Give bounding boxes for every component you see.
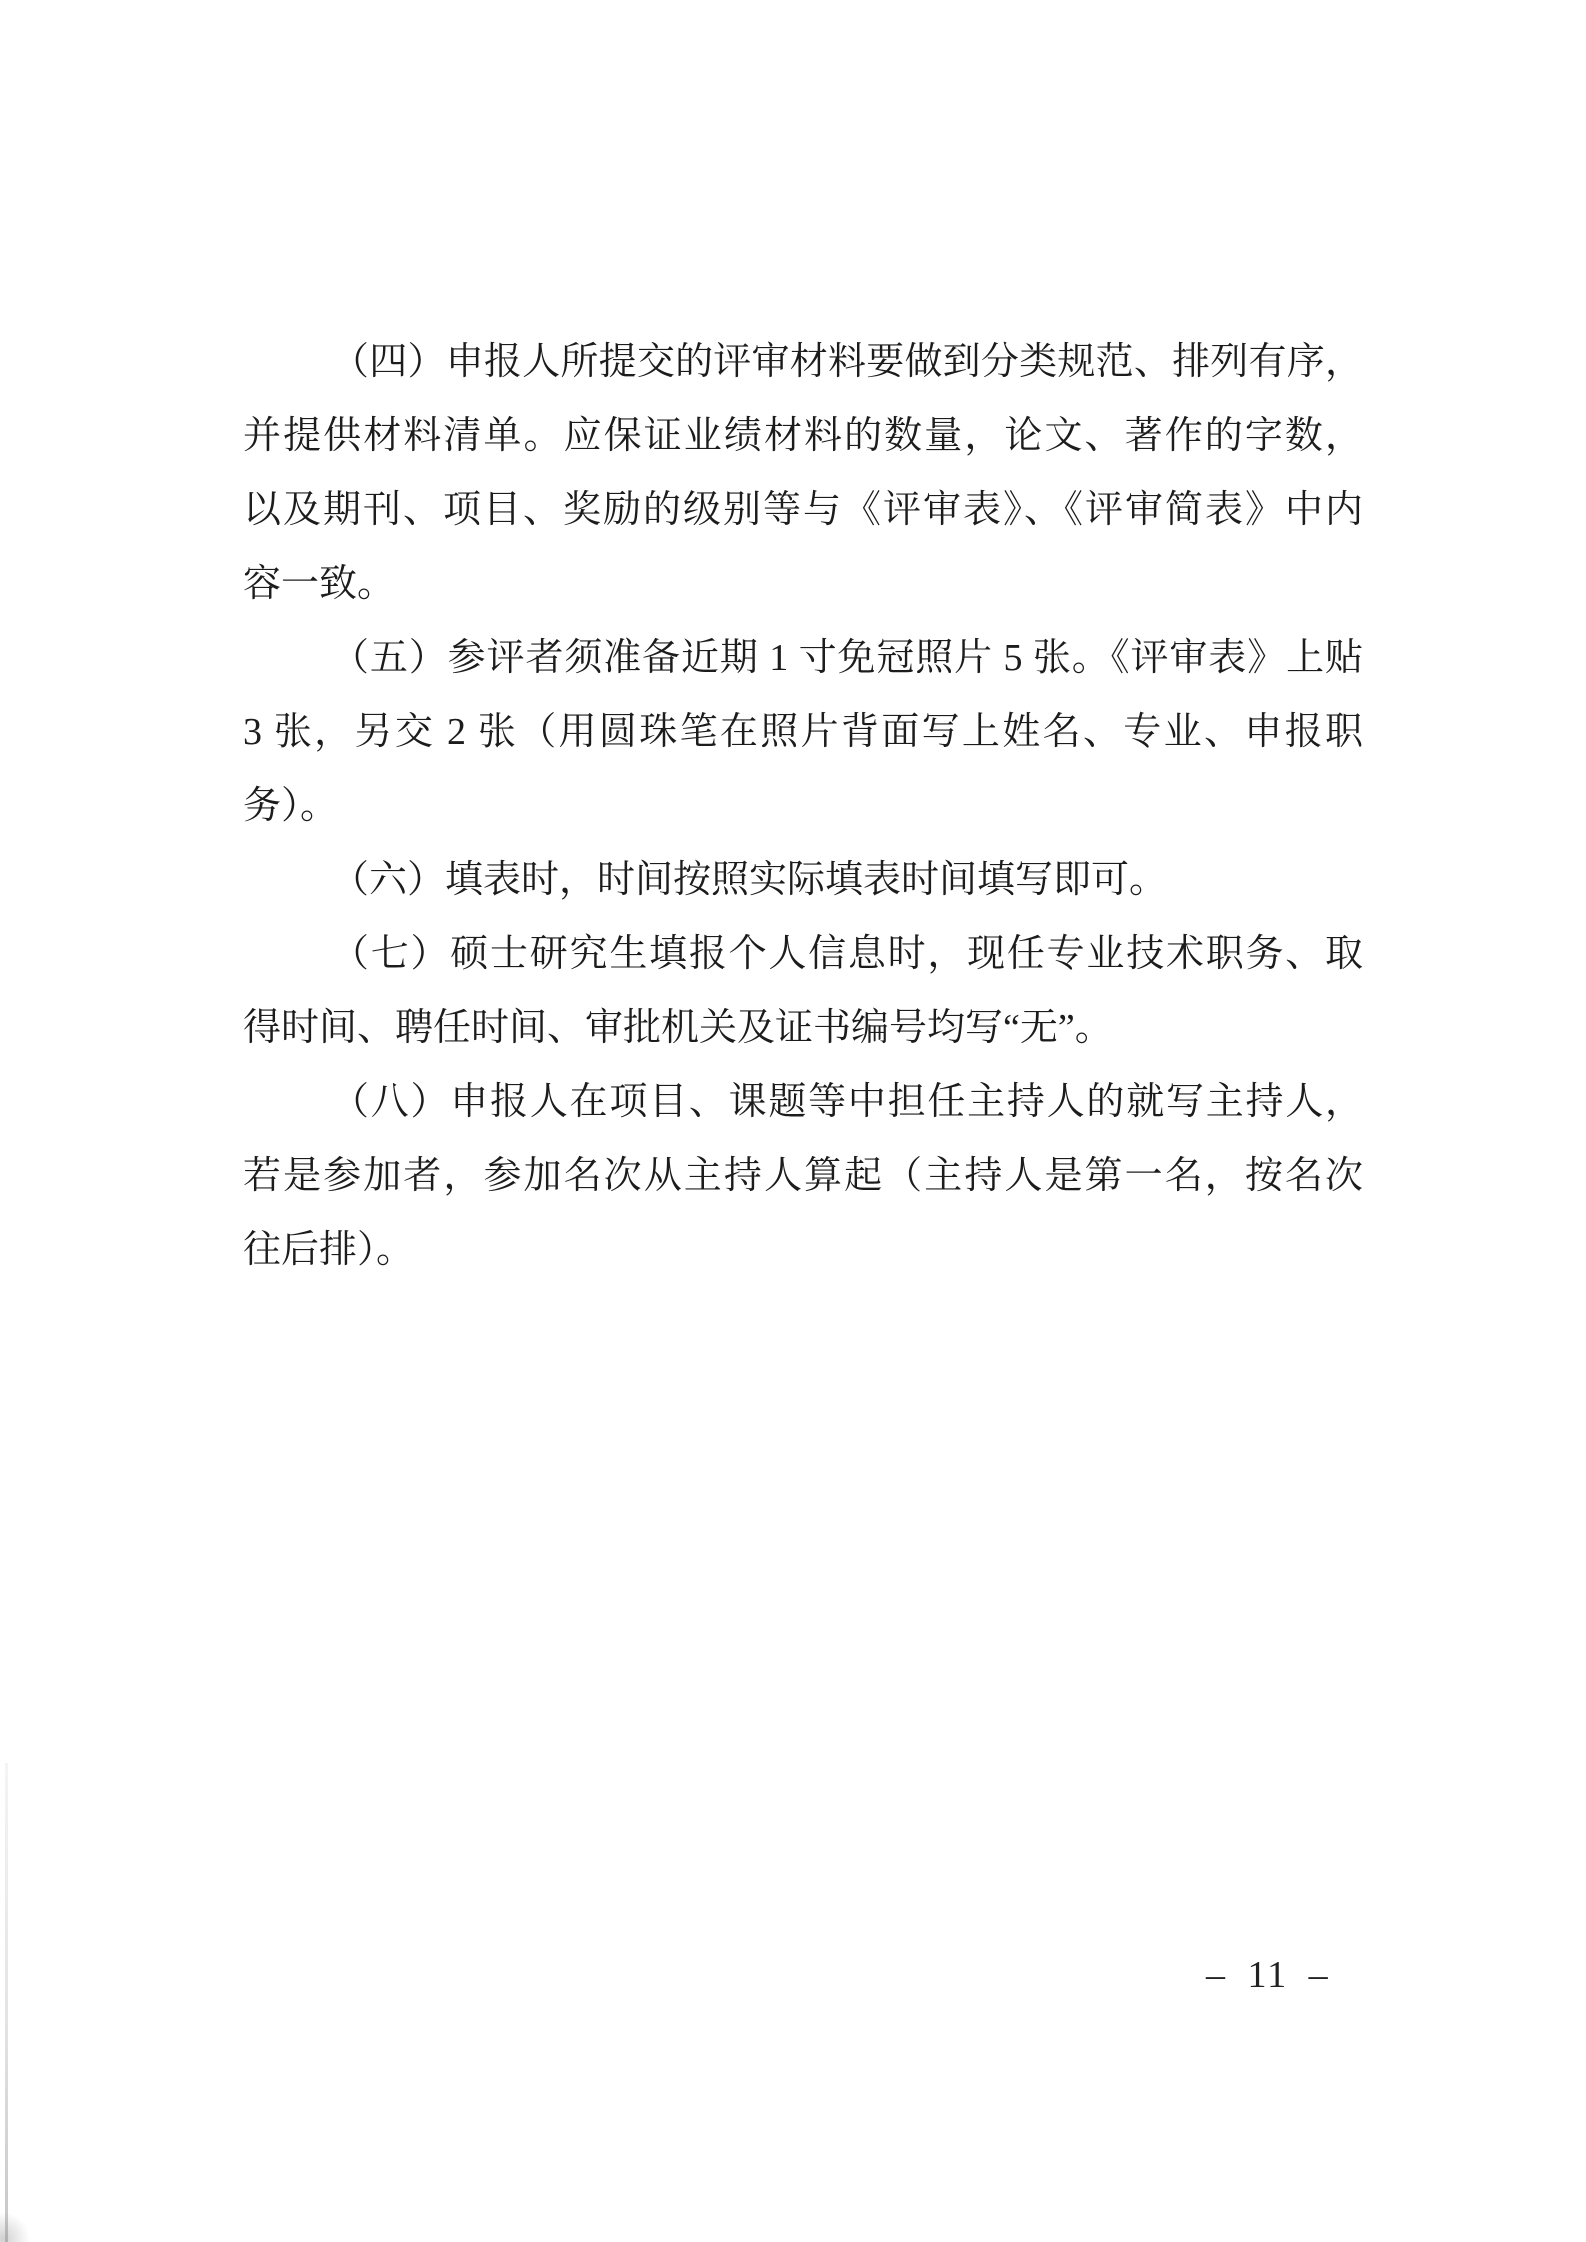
text-line: （六）填表时，时间按照实际填表时间填写即可。	[243, 843, 1363, 917]
text-line: 容一致。	[243, 547, 1363, 621]
scan-artifact-line	[5, 1763, 8, 2242]
text-line: 以及期刊、项目、奖励的级别等与《评审表》、《评审简表》中内	[243, 473, 1363, 547]
page-number: – 11 –	[1206, 1953, 1330, 1997]
text-line: （八）申报人在项目、课题等中担任主持人的就写主持人，	[243, 1065, 1363, 1139]
text-line: 若是参加者，参加名次从主持人算起（主持人是第一名，按名次	[243, 1139, 1363, 1213]
text-line: （四）申报人所提交的评审材料要做到分类规范、排列有序，	[243, 325, 1363, 399]
document-body: （四）申报人所提交的评审材料要做到分类规范、排列有序，并提供材料清单。应保证业绩…	[243, 325, 1363, 1287]
document-page: （四）申报人所提交的评审材料要做到分类规范、排列有序，并提供材料清单。应保证业绩…	[0, 0, 1586, 2242]
text-line: 务）。	[243, 769, 1363, 843]
text-line: 往后排）。	[243, 1213, 1363, 1287]
text-line: （七）硕士研究生填报个人信息时，现任专业技术职务、取	[243, 917, 1363, 991]
text-line: 3 张，另交 2 张（用圆珠笔在照片背面写上姓名、专业、申报职	[243, 695, 1363, 769]
text-line: 得时间、聘任时间、审批机关及证书编号均写“无”。	[243, 991, 1363, 1065]
text-line: 并提供材料清单。应保证业绩材料的数量，论文、著作的字数，	[243, 399, 1363, 473]
text-line: （五）参评者须准备近期 1 寸免冠照片 5 张。《评审表》上贴	[243, 621, 1363, 695]
scan-artifact-smudge	[0, 2212, 30, 2242]
